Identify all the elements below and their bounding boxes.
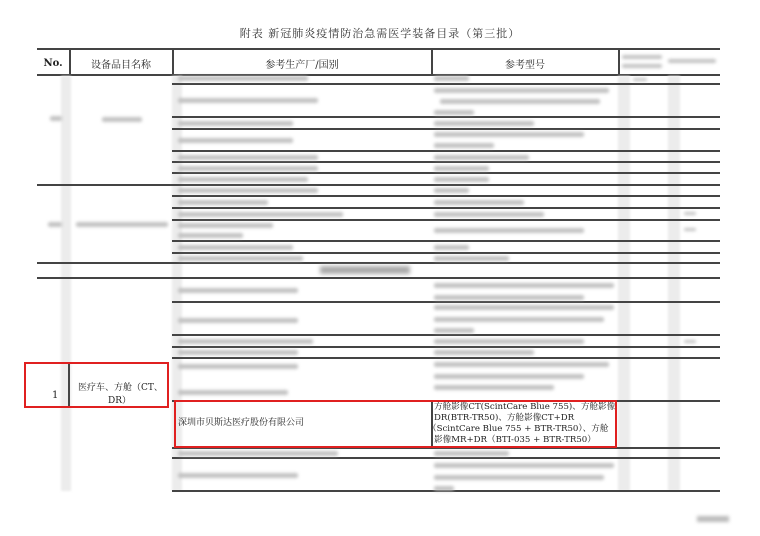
redacted-header bbox=[622, 64, 662, 68]
redacted-manufacturer bbox=[178, 212, 343, 217]
redacted-column bbox=[61, 76, 71, 491]
row-divider bbox=[172, 357, 720, 359]
redacted-model bbox=[434, 486, 454, 491]
redacted-manufacturer bbox=[178, 473, 298, 478]
redacted-manufacturer bbox=[178, 256, 303, 261]
redacted-manufacturer bbox=[178, 350, 298, 355]
model-line-4: 影像MR+DR（BTI-035 + BTR-TR50） bbox=[434, 435, 596, 446]
section-divider bbox=[37, 262, 720, 264]
manufacturer-name: 深圳市贝斯达医疗股份有限公司 bbox=[178, 418, 304, 429]
redacted-model bbox=[440, 99, 600, 104]
redacted-manufacturer bbox=[178, 288, 298, 293]
redacted-manufacturer bbox=[178, 451, 338, 456]
redacted-manufacturer bbox=[178, 245, 293, 250]
redacted-model bbox=[434, 177, 489, 182]
row-divider bbox=[172, 219, 720, 221]
redacted-manufacturer bbox=[178, 76, 308, 81]
row-divider bbox=[172, 207, 720, 209]
model-line-1: 方舱影像CT(ScintCare Blue 755)、方舱影像 bbox=[434, 402, 615, 413]
redacted-model bbox=[434, 451, 509, 456]
redacted-section-title bbox=[320, 266, 410, 274]
redacted-manufacturer bbox=[178, 364, 298, 369]
header-device-name: 设备品目名称 bbox=[70, 52, 172, 74]
redacted-model bbox=[434, 328, 474, 333]
redacted-manufacturer bbox=[178, 166, 318, 171]
row-divider bbox=[172, 150, 720, 152]
redacted-model bbox=[434, 76, 469, 81]
header-manufacturer: 参考生产厂/国别 bbox=[173, 52, 431, 74]
redacted-extra bbox=[684, 340, 696, 343]
redacted-model bbox=[434, 228, 584, 233]
redacted-model bbox=[434, 305, 614, 310]
row-divider bbox=[172, 252, 720, 254]
row-divider bbox=[172, 240, 720, 242]
redacted-column bbox=[618, 76, 630, 491]
redacted-model bbox=[434, 475, 604, 480]
redacted-model bbox=[434, 317, 604, 322]
redacted-page-number bbox=[697, 516, 729, 522]
row-divider bbox=[172, 195, 720, 197]
redacted-manufacturer bbox=[178, 98, 318, 103]
document-title: 附表 新冠肺炎疫情防治急需医学装备目录（第三批） bbox=[0, 25, 760, 41]
redacted-model bbox=[434, 88, 609, 93]
device-name-line1: 医疗车、方舱（CT、 bbox=[78, 383, 163, 394]
row-divider bbox=[172, 346, 720, 348]
row-divider bbox=[172, 83, 720, 85]
redacted-model bbox=[434, 362, 609, 367]
redacted-manufacturer bbox=[178, 155, 318, 160]
redacted-manufacturer bbox=[178, 138, 293, 143]
row-divider bbox=[172, 128, 720, 130]
redacted-extra bbox=[684, 228, 696, 231]
redacted-no bbox=[48, 222, 62, 227]
redacted-model bbox=[434, 283, 614, 288]
redacted-manufacturer bbox=[178, 121, 293, 126]
redacted-device bbox=[102, 117, 142, 122]
redacted-model bbox=[434, 143, 494, 148]
redacted-manufacturer bbox=[178, 188, 318, 193]
redacted-model bbox=[434, 245, 469, 250]
redacted-manufacturer bbox=[178, 223, 273, 228]
redacted-manufacturer bbox=[178, 177, 308, 182]
redacted-model bbox=[434, 385, 554, 390]
redacted-model bbox=[434, 188, 469, 193]
row-divider bbox=[172, 457, 720, 459]
row-divider bbox=[172, 334, 720, 336]
redacted-no bbox=[50, 116, 62, 121]
redacted-header bbox=[622, 55, 662, 59]
redacted-model bbox=[434, 256, 509, 261]
redacted-manufacturer bbox=[178, 233, 243, 238]
model-line-2: DR(BTR-TR50)、方舱影像CT+DR bbox=[434, 413, 574, 424]
header-model: 参考型号 bbox=[432, 52, 618, 74]
redacted-extra bbox=[633, 78, 647, 81]
redacted-model bbox=[434, 110, 474, 115]
redacted-manufacturer bbox=[178, 200, 268, 205]
row-divider bbox=[37, 184, 720, 186]
redacted-model bbox=[434, 121, 534, 126]
row-divider bbox=[172, 172, 720, 174]
device-name-line2: DR） bbox=[108, 396, 131, 407]
redacted-model bbox=[434, 155, 529, 160]
row-no: 1 bbox=[52, 390, 58, 401]
section-divider bbox=[37, 277, 720, 279]
redacted-model bbox=[434, 463, 614, 468]
redacted-header bbox=[668, 59, 716, 63]
redacted-model bbox=[434, 295, 584, 300]
redacted-column bbox=[668, 76, 680, 491]
redacted-manufacturer bbox=[178, 339, 313, 344]
row-divider bbox=[172, 301, 720, 303]
row-divider bbox=[172, 116, 720, 118]
redacted-extra bbox=[684, 212, 696, 215]
redacted-model bbox=[434, 200, 524, 205]
redacted-device bbox=[76, 222, 168, 227]
redacted-model bbox=[434, 212, 544, 217]
row-divider bbox=[172, 161, 720, 163]
header-no: No. bbox=[37, 52, 69, 74]
redacted-model bbox=[434, 374, 584, 379]
column-divider bbox=[618, 48, 620, 74]
redacted-manufacturer bbox=[178, 318, 298, 323]
redacted-model bbox=[434, 166, 489, 171]
redacted-manufacturer bbox=[178, 390, 288, 395]
model-line-3: （ScintCare Blue 755 + BTR-TR50）、方舱 bbox=[428, 424, 608, 435]
redacted-model bbox=[434, 350, 534, 355]
redacted-model bbox=[434, 339, 584, 344]
redacted-model bbox=[434, 132, 584, 137]
